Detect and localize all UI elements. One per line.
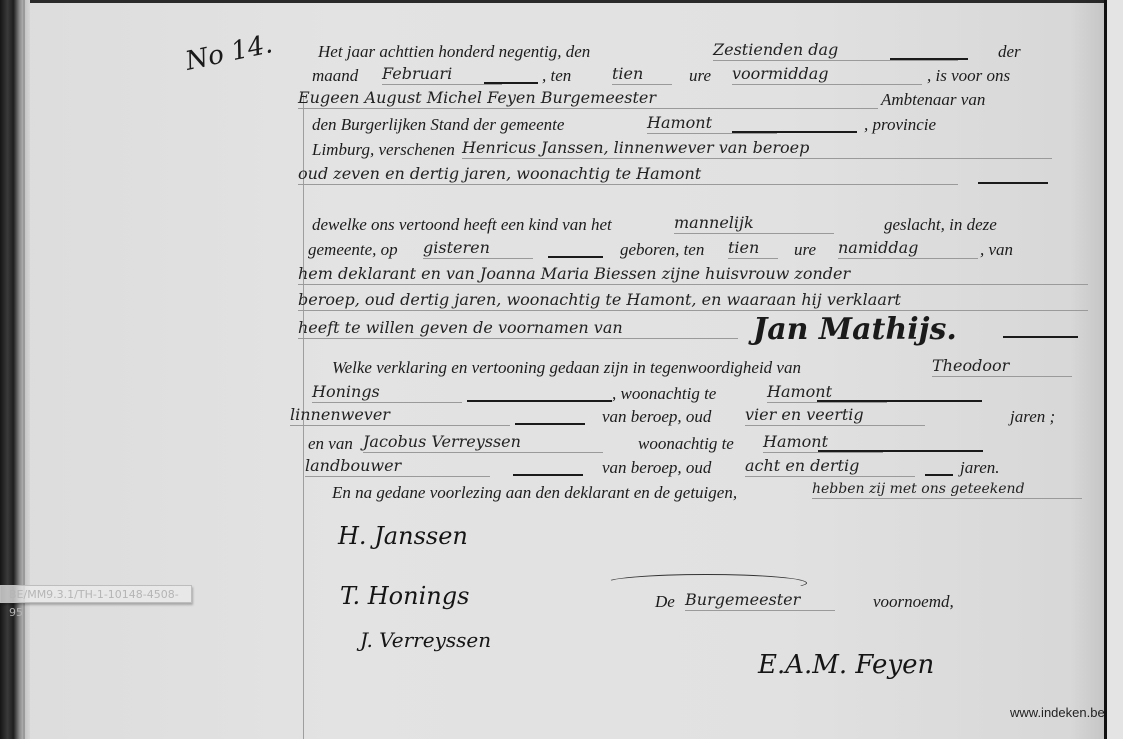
printed-text: gemeente, op [308,240,398,260]
printed-text: Ambtenaar van [881,90,985,110]
handwritten-mother: hem deklarant en van Joanna Maria Biesse… [298,264,1088,285]
blank-line [513,474,583,476]
handwritten-signing-clause: hebben zij met ons geteekend [812,481,1082,499]
handwritten-hour: tien [612,64,672,85]
handwritten-witness2-age: acht en dertig [745,456,915,477]
blank-line [484,82,538,84]
closing-line: De Burgemeester voornoemd, [655,592,995,618]
printed-text: dewelke ons vertoond heeft een kind van … [312,215,612,235]
printed-text: Welke verklaring en vertooning gedaan zi… [332,358,801,378]
record-line-17: En na gedane voorlezing aan den deklaran… [332,483,1087,509]
record-line-12: Welke verklaring en vertooning gedaan zi… [332,358,1082,384]
blank-line [515,423,585,425]
printed-text: Het jaar achttien honderd negentig, den [318,42,590,62]
handwritten-title: Burgemeester [685,590,835,611]
signature-declarant: H. Janssen [338,522,468,550]
scanned-register-page: No 14. Het jaar achttien honderd negenti… [0,0,1123,739]
printed-text: en van [308,434,353,454]
blank-line [817,400,982,402]
handwritten-witness1-age: vier en veertig [745,405,925,426]
printed-text: woonachtig te [638,434,734,454]
blank-line [978,182,1048,184]
blank-line [925,474,953,476]
site-watermark: www.indeken.be [1010,705,1105,720]
right-page-margin [1107,0,1123,739]
printed-text: jaren ; [1010,407,1055,427]
record-line-14: linnenwever van beroep, oud vier en veer… [290,407,1085,433]
printed-text: der [998,42,1021,62]
signature-mayor: E.A.M. Feyen [758,650,934,680]
handwritten-witness2-occupation: landbouwer [305,456,490,477]
printed-text: den Burgerlijken Stand der gemeente [312,115,564,135]
printed-text: ure [689,66,711,86]
printed-text: van beroep, oud [602,458,711,478]
handwritten-witness2-name: Jacobus Verreyssen [363,432,603,453]
handwritten-time-of-day: voormiddag [732,64,922,85]
printed-text: De [655,592,675,612]
handwritten-official-name: Eugeen August Michel Feyen Burgemeester [298,88,878,109]
act-number: No 14. [183,29,275,77]
printed-text: geslacht, in deze [884,215,997,235]
printed-text: voornoemd, [873,592,954,612]
record-line-5: Limburg, verschenen Henricus Janssen, li… [312,140,1082,166]
printed-text: van beroep, oud [602,407,711,427]
record-line-11: heeft te willen geven de voornamen van J… [298,320,1088,346]
handwritten-naming-clause: heeft te willen geven de voornamen van [298,318,738,339]
printed-text: , provincie [864,115,936,135]
handwritten-mother-details: beroep, oud dertig jaren, woonachtig te … [298,290,1088,311]
blank-line [548,256,603,258]
binding-edge-line [23,0,25,739]
printed-text: En na gedane voorlezing aan den deklaran… [332,483,737,503]
handwritten-birth-time-of-day: namiddag [838,238,978,259]
blank-line [890,58,968,60]
record-line-6: oud zeven en dertig jaren, woonachtig te… [298,166,1088,192]
printed-text: , woonachtig te [612,384,716,404]
record-line-8: gemeente, op gisteren geboren, ten tien … [308,240,1083,266]
signature-witness-2: J. Verreyssen [360,628,491,652]
scan-top-edge [0,0,1123,3]
handwritten-birth-hour: tien [728,238,778,259]
printed-text: Limburg, verschenen [312,140,455,160]
handwritten-declarant-details: oud zeven en dertig jaren, woonachtig te… [298,164,958,185]
printed-text: jaren. [960,458,1000,478]
record-line-10: beroep, oud dertig jaren, woonachtig te … [298,292,1088,318]
printed-text: ure [794,240,816,260]
printed-text: , van [980,240,1013,260]
record-line-9: hem deklarant en van Joanna Maria Biesse… [298,266,1088,292]
archive-reference-label: BE/MM9.3.1/TH-1-10148-4508-95 [0,585,192,603]
blank-line [467,400,612,402]
blank-line [1003,336,1078,338]
blank-line [732,131,857,133]
signature-witness-1: T. Honings [340,582,469,610]
printed-text: geboren, ten [620,240,704,260]
handwritten-witness1-occupation: linnenwever [290,405,510,426]
handwritten-declarant: Henricus Janssen, linnenwever van beroep [462,138,1052,159]
handwritten-witness1-firstname: Theodoor [932,356,1072,377]
child-given-names: Jan Mathijs. [753,312,957,347]
printed-text: , ten [542,66,571,86]
blank-line [818,450,983,452]
handwritten-sex: mannelijk [674,213,834,234]
printed-text: maand [312,66,358,86]
handwritten-birth-day: gisteren [423,238,533,259]
printed-text: , is voor ons [927,66,1010,86]
handwritten-witness1-surname: Honings [312,382,462,403]
book-binding-shadow [0,0,30,739]
